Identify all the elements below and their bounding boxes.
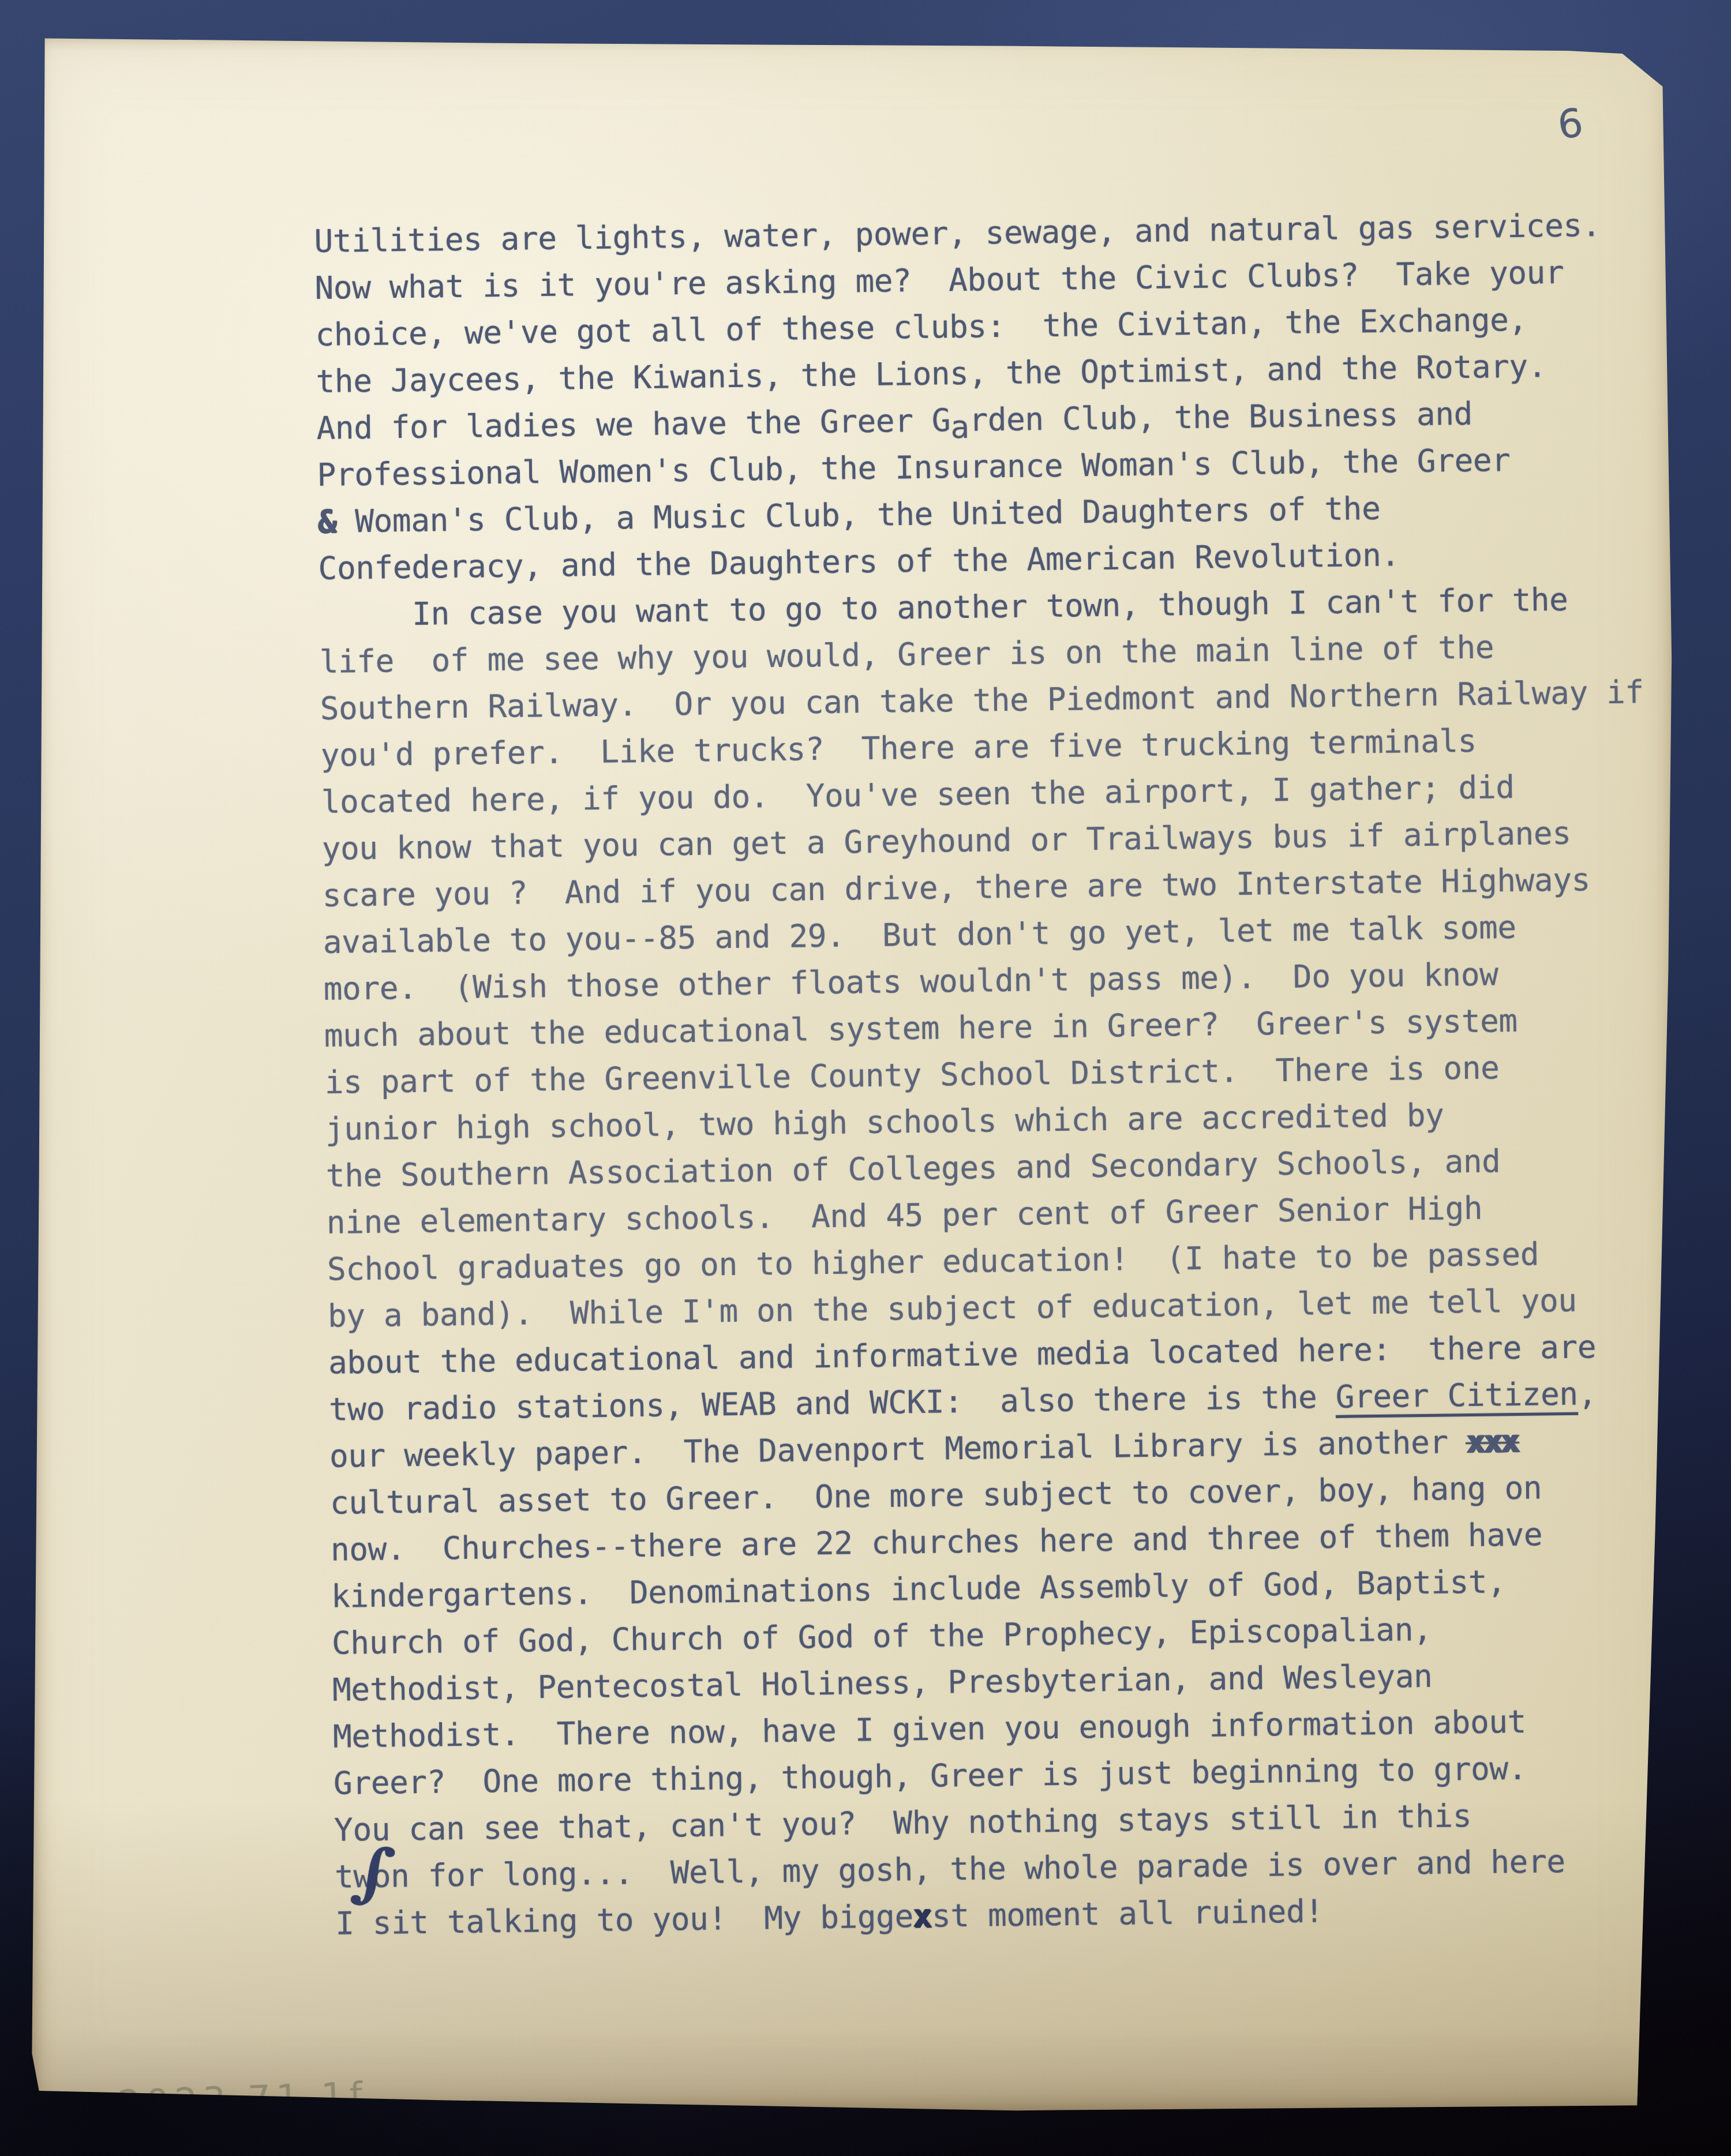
handwritten-catalog-number: 2023.71.1f (117, 2073, 368, 2124)
typewritten-page: 6 Utilities are lights, water, power, se… (30, 35, 1673, 2112)
handwritten-page-number: 6 (1555, 100, 1586, 149)
typewritten-text: Utilities are lights, water, power, sewa… (314, 201, 1659, 1947)
handwritten-correction-mark: ∫ (349, 1839, 398, 1907)
corrected-word-fragment: wo∫ (353, 1858, 391, 1895)
photo-background: { "page": { "page_number": "6", "catalog… (0, 0, 1731, 2156)
